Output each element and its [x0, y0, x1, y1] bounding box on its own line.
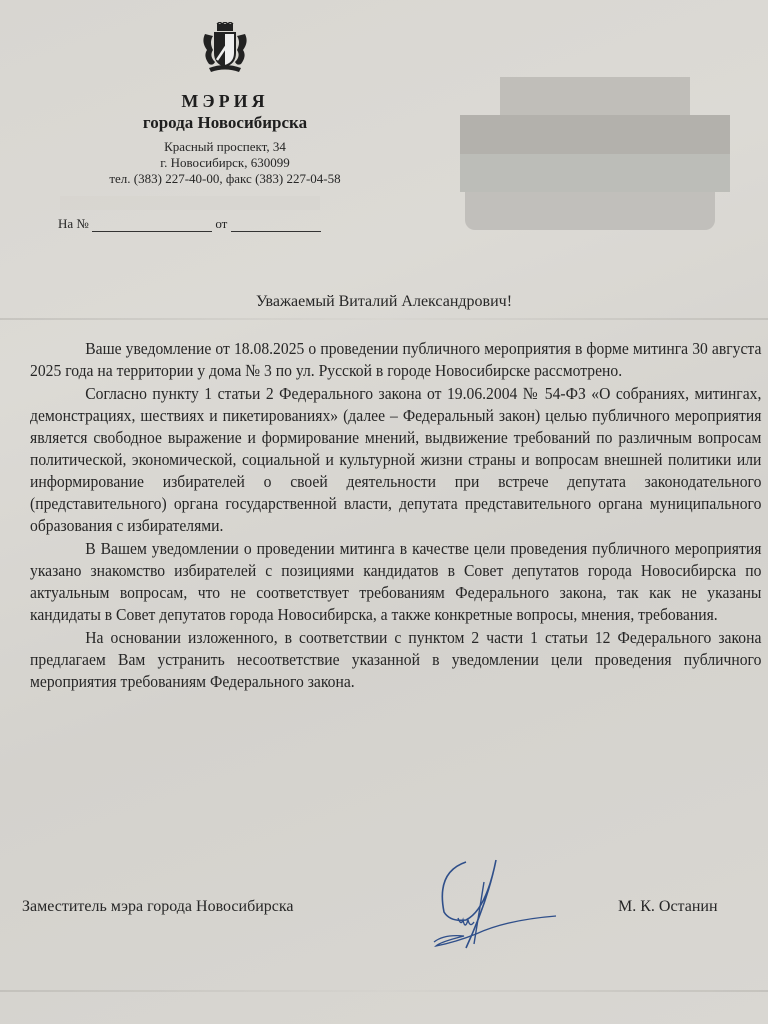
letter-body: Ваше уведомление от 18.08.2025 о проведе…: [30, 338, 761, 694]
paper-fold-bottom: [0, 990, 768, 992]
address-street: Красный проспект, 34: [60, 139, 390, 155]
redacted-line: [60, 196, 320, 210]
ref-date-label: от: [215, 216, 227, 231]
salutation: Уважаемый Виталий Александрович!: [0, 293, 768, 311]
ref-number-blank: [92, 219, 212, 232]
signer-role: Заместитель мэра города Новосибирска: [22, 898, 294, 916]
paragraph-3: В Вашем уведомлении о проведении митинга…: [30, 538, 761, 626]
org-address: Красный проспект, 34 г. Новосибирск, 630…: [60, 139, 390, 187]
recipient-redacted-block: [460, 77, 730, 230]
paragraph-1: Ваше уведомление от 18.08.2025 о проведе…: [30, 338, 761, 382]
coat-of-arms-icon: [199, 22, 251, 76]
reference-line: На № от: [58, 216, 321, 232]
handwritten-signature-icon: [428, 852, 588, 962]
phone-fax: тел. (383) 227-40-00, факс (383) 227-04-…: [60, 171, 390, 187]
paragraph-2: Согласно пункту 1 статьи 2 Федерального …: [30, 383, 761, 537]
paragraph-4: На основании изложенного, в соответствии…: [30, 627, 761, 693]
ref-number-label: На №: [58, 216, 89, 231]
address-city: г. Новосибирск, 630099: [60, 155, 390, 171]
paper-fold-top: [0, 318, 768, 320]
ref-date-blank: [231, 219, 321, 232]
letterhead: МЭРИЯ города Новосибирска Красный проспе…: [60, 22, 390, 187]
signer-name: М. К. Останин: [618, 898, 718, 916]
org-city: города Новосибирска: [60, 113, 390, 133]
org-title: МЭРИЯ: [60, 91, 390, 112]
